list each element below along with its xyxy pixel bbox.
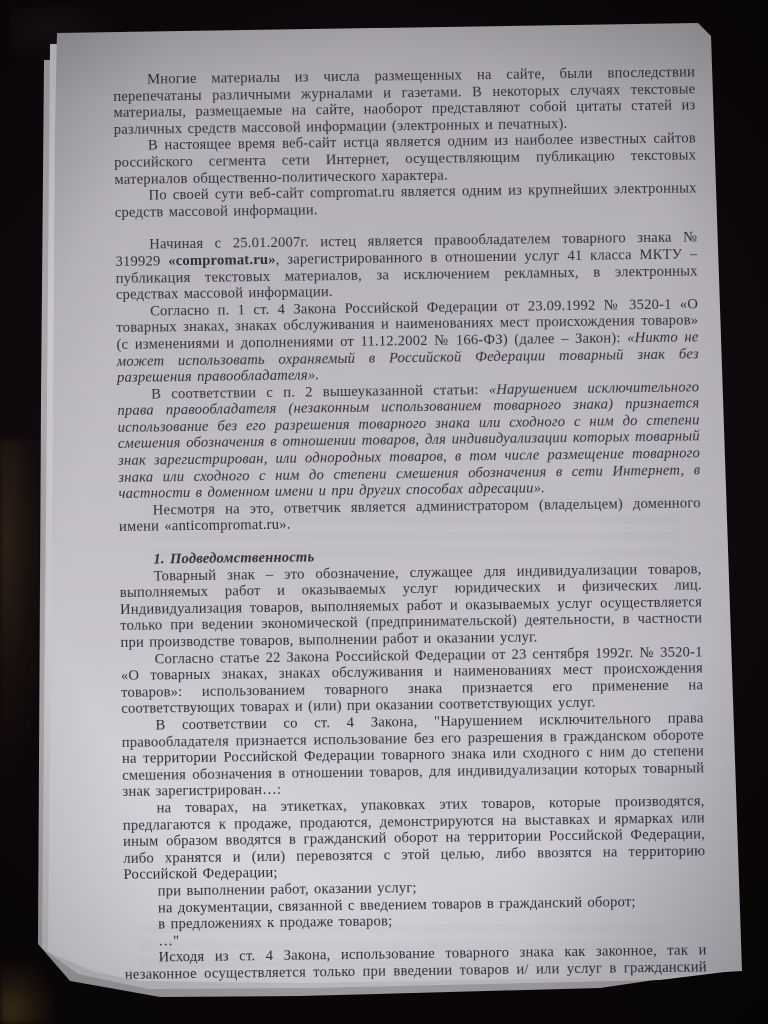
paragraph: В соответствии со ст. 4 Закона, "Нарушен… [121, 710, 704, 801]
paragraph: Начиная с 25.01.2007г. истец является пр… [115, 230, 698, 304]
document-page: Многие материалы из числа размещенных на… [0, 0, 768, 1024]
paragraph: По своей сути веб-сайт compromat.ru явля… [115, 181, 697, 222]
background-texture [0, 440, 46, 780]
paragraph: Товарный знак – это обозначение, служаще… [120, 561, 703, 652]
photo-background: Многие материалы из числа размещенных на… [0, 0, 768, 1024]
document-text: Многие материалы из числа размещенных на… [113, 64, 707, 1016]
paragraph: Согласно статье 22 Закона Российской Фед… [121, 644, 704, 718]
paragraph: В соответствии с п. 2 вышеуказанной стат… [117, 379, 700, 503]
background-texture [0, 960, 55, 1024]
paragraph: Согласно п. 1 ст. 4 Закона Российской Фе… [116, 296, 699, 387]
paragraph: на товарах, на этикетках, упаковках этих… [123, 793, 706, 884]
paragraph: Многие материалы из числа размещенных на… [113, 64, 696, 138]
paragraph: В настоящее время веб-сайт истца являетс… [114, 131, 697, 188]
photo-of-document: { "colors": { "background": "#0a0608", "… [0, 0, 768, 1024]
paragraph: Несмотря на это, ответчик является админ… [119, 495, 701, 536]
